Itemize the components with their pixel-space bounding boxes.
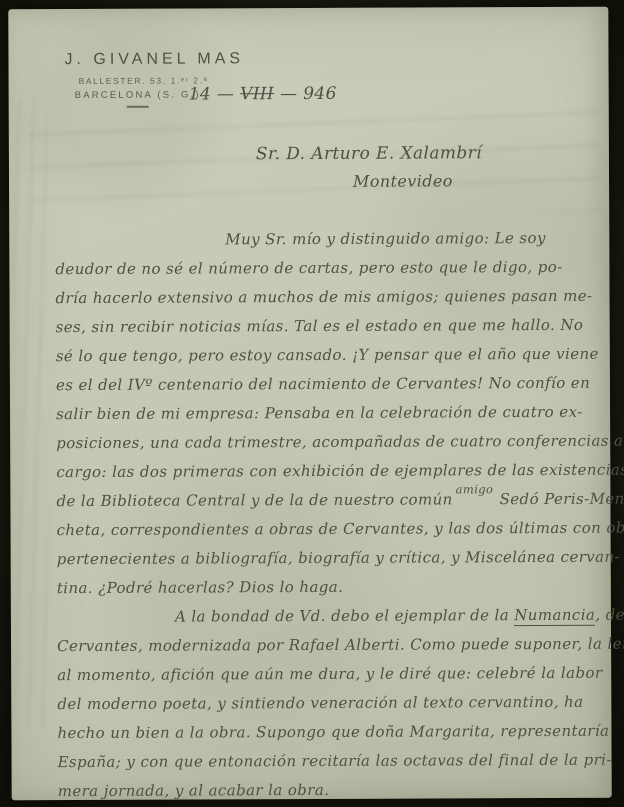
handwritten-line: al momento, afición que aún me dura, y l…	[57, 659, 619, 690]
date-year: 946	[303, 84, 337, 104]
date-separator: —	[217, 84, 234, 104]
date-separator: —	[280, 84, 297, 104]
handwritten-line: tina. ¿Podré hacerlas? Dios lo haga.	[57, 572, 619, 603]
handwritten-line: España; y con que entonación recitaría l…	[58, 746, 620, 777]
handwritten-line: del moderno poeta, y sintiendo veneració…	[57, 688, 619, 719]
letter-paper: J. GIVANEL MAS BALLESTER. 53. 1.ᵉʳ 2.ª B…	[8, 7, 611, 801]
handwritten-line: A la bondad de Vd. debo el ejemplar de l…	[57, 601, 619, 632]
handwritten-line: hecho un bien a la obra. Supongo que doñ…	[57, 717, 619, 748]
letterhead-rule	[127, 106, 149, 108]
inserted-word: amigo	[456, 484, 494, 494]
photo-background: J. GIVANEL MAS BALLESTER. 53. 1.ᵉʳ 2.ª B…	[0, 0, 624, 807]
handwritten-line: sé lo que tengo, pero estoy cansado. ¡Y …	[56, 340, 618, 371]
handwritten-line: es el del IVº centenario del nacimiento …	[56, 369, 618, 400]
handwritten-line: de la Biblioteca Central y de la de nues…	[56, 485, 618, 516]
handwritten-line: cheta, correspondientes a obras de Cerva…	[56, 514, 618, 545]
handwritten-line: salir bien de mi empresa: Pensaba en la …	[56, 398, 618, 429]
handwritten-line: posiciones, una cada trimestre, acompaña…	[56, 427, 618, 458]
letter-body: Muy Sr. mío y distinguido amigo: Le soyd…	[55, 224, 620, 806]
handwritten-line: mera jornada, y al acabar la obra.	[58, 775, 620, 806]
date-month: VIII	[240, 84, 274, 104]
handwritten-line: dría hacerlo extensivo a muchos de mis a…	[55, 282, 617, 313]
handwritten-line: cargo: las dos primeras con exhibición d…	[56, 456, 618, 487]
paragraph-1: Muy Sr. mío y distinguido amigo: Le soyd…	[55, 224, 619, 603]
ink-bleed-through	[13, 99, 50, 729]
handwritten-line: deudor de no sé el número de cartas, per…	[55, 253, 617, 284]
date-day: 14	[189, 84, 212, 104]
recipient-city: Montevideo	[353, 171, 453, 190]
handwritten-line: Muy Sr. mío y distinguido amigo: Le soy	[55, 224, 617, 255]
handwritten-date: 14 — VIII — 946	[189, 84, 337, 105]
paragraph-2: A la bondad de Vd. debo el ejemplar de l…	[57, 601, 620, 806]
handwritten-line: Cervantes, modernizada por Rafael Albert…	[57, 630, 619, 661]
handwritten-line: ses, sin recibir noticias mías. Tal es e…	[56, 311, 618, 342]
underlined-title: Numancia	[514, 606, 595, 626]
handwritten-line: pertenecientes a bibliografía, biografía…	[57, 543, 619, 574]
recipient-name: Sr. D. Arturo E. Xalambrí	[256, 143, 482, 164]
letterhead-name: J. GIVANEL MAS	[64, 50, 244, 69]
